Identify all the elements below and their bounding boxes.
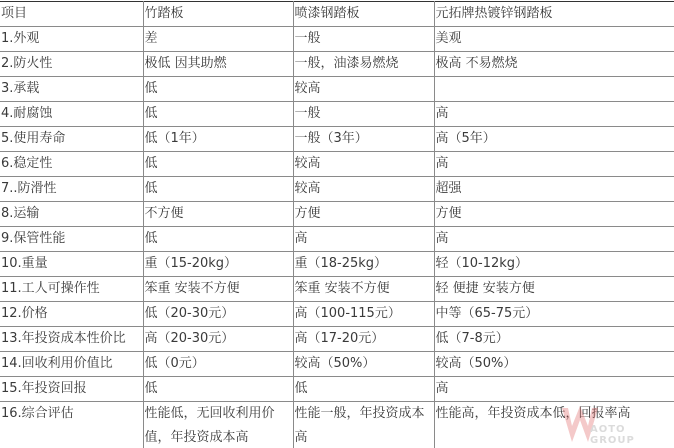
cell: 高（100-115元） [293, 302, 434, 327]
cell: 低（1年） [143, 127, 293, 152]
row-label: 11.工人可操作性 [0, 277, 143, 302]
header-item: 项目 [0, 2, 143, 27]
cell: 性能低，无回收利用价值，年投资成本高 [143, 402, 293, 448]
table-row: 5.使用寿命 低（1年） 一般（3年） 高（5年） [0, 127, 674, 152]
cell: 低 [143, 177, 293, 202]
row-label: 1.外观 [0, 27, 143, 52]
cell: 低 [143, 377, 293, 402]
table-header-row: 项目 竹踏板 喷漆钢踏板 元拓牌热镀锌钢踏板 [0, 2, 674, 27]
cell: 高（5年） [434, 127, 674, 152]
cell: 一般 [293, 27, 434, 52]
cell: 一般 [293, 102, 434, 127]
cell: 性能高，年投资成本低，回报率高 [434, 402, 674, 448]
table-row: 7..防滑性 低 较高 超强 [0, 177, 674, 202]
cell: 低 [143, 227, 293, 252]
cell: 高 [434, 102, 674, 127]
row-label: 7..防滑性 [0, 177, 143, 202]
row-label: 5.使用寿命 [0, 127, 143, 152]
cell: 性能一般，年投资成本高 [293, 402, 434, 448]
cell: 较高（50%） [434, 352, 674, 377]
cell: 低（20-30元） [143, 302, 293, 327]
header-painted-steel-board: 喷漆钢踏板 [293, 2, 434, 27]
table-row: 14.回收利用价值比 低（0元） 较高（50%） 较高（50%） [0, 352, 674, 377]
table-row: 8.运输 不方便 方便 方便 [0, 202, 674, 227]
cell: 笨重 安装不方便 [293, 277, 434, 302]
cell: 方便 [434, 202, 674, 227]
cell: 轻（10-12kg） [434, 252, 674, 277]
table-row: 3.承载 低 较高 [0, 77, 674, 102]
cell: 较高 [293, 177, 434, 202]
cell: 极低 因其助燃 [143, 52, 293, 77]
cell [434, 77, 674, 102]
row-label: 15.年投资回报 [0, 377, 143, 402]
table-row: 4.耐腐蚀 低 一般 高 [0, 102, 674, 127]
cell: 低（7-8元） [434, 327, 674, 352]
cell: 一般，油漆易燃烧 [293, 52, 434, 77]
row-label: 10.重量 [0, 252, 143, 277]
cell: 高 [434, 377, 674, 402]
cell: 较高 [293, 77, 434, 102]
cell: 高（20-30元） [143, 327, 293, 352]
cell: 低 [293, 377, 434, 402]
table-row: 13.年投资成本性价比 高（20-30元） 高（17-20元） 低（7-8元） [0, 327, 674, 352]
row-label: 3.承载 [0, 77, 143, 102]
row-label: 6.稳定性 [0, 152, 143, 177]
cell: 方便 [293, 202, 434, 227]
row-label: 8.运输 [0, 202, 143, 227]
table-row: 1.外观 差 一般 美观 [0, 27, 674, 52]
cell: 笨重 安装不方便 [143, 277, 293, 302]
row-label: 16.综合评估 [0, 402, 143, 448]
comparison-table: 项目 竹踏板 喷漆钢踏板 元拓牌热镀锌钢踏板 1.外观 差 一般 美观 2.防火… [0, 1, 674, 448]
table-row: 6.稳定性 低 较高 高 [0, 152, 674, 177]
cell: 重（15-20kg） [143, 252, 293, 277]
cell: 高 [434, 152, 674, 177]
table-row: 16.综合评估 性能低，无回收利用价值，年投资成本高 性能一般，年投资成本高 性… [0, 402, 674, 448]
cell: 中等（65-75元） [434, 302, 674, 327]
row-label: 12.价格 [0, 302, 143, 327]
cell: 美观 [434, 27, 674, 52]
cell: 差 [143, 27, 293, 52]
cell: 高 [434, 227, 674, 252]
cell: 低 [143, 102, 293, 127]
cell: 低 [143, 77, 293, 102]
row-label: 2.防火性 [0, 52, 143, 77]
table-row: 15.年投资回报 低 低 高 [0, 377, 674, 402]
cell: 高（17-20元） [293, 327, 434, 352]
row-label: 13.年投资成本性价比 [0, 327, 143, 352]
header-bamboo-board: 竹踏板 [143, 2, 293, 27]
row-label: 9.保管性能 [0, 227, 143, 252]
cell: 超强 [434, 177, 674, 202]
cell: 高 [293, 227, 434, 252]
row-label: 4.耐腐蚀 [0, 102, 143, 127]
cell: 不方便 [143, 202, 293, 227]
header-galvanized-steel-board: 元拓牌热镀锌钢踏板 [434, 2, 674, 27]
cell: 低（0元） [143, 352, 293, 377]
cell: 较高（50%） [293, 352, 434, 377]
table-row: 10.重量 重（15-20kg） 重（18-25kg） 轻（10-12kg） [0, 252, 674, 277]
cell: 较高 [293, 152, 434, 177]
table-row: 11.工人可操作性 笨重 安装不方便 笨重 安装不方便 轻 便捷 安装方便 [0, 277, 674, 302]
cell: 轻 便捷 安装方便 [434, 277, 674, 302]
table-row: 9.保管性能 低 高 高 [0, 227, 674, 252]
cell: 低 [143, 152, 293, 177]
table-row: 2.防火性 极低 因其助燃 一般，油漆易燃烧 极高 不易燃烧 [0, 52, 674, 77]
table-row: 12.价格 低（20-30元） 高（100-115元） 中等（65-75元） [0, 302, 674, 327]
row-label: 14.回收利用价值比 [0, 352, 143, 377]
cell: 极高 不易燃烧 [434, 52, 674, 77]
cell: 一般（3年） [293, 127, 434, 152]
cell: 重（18-25kg） [293, 252, 434, 277]
